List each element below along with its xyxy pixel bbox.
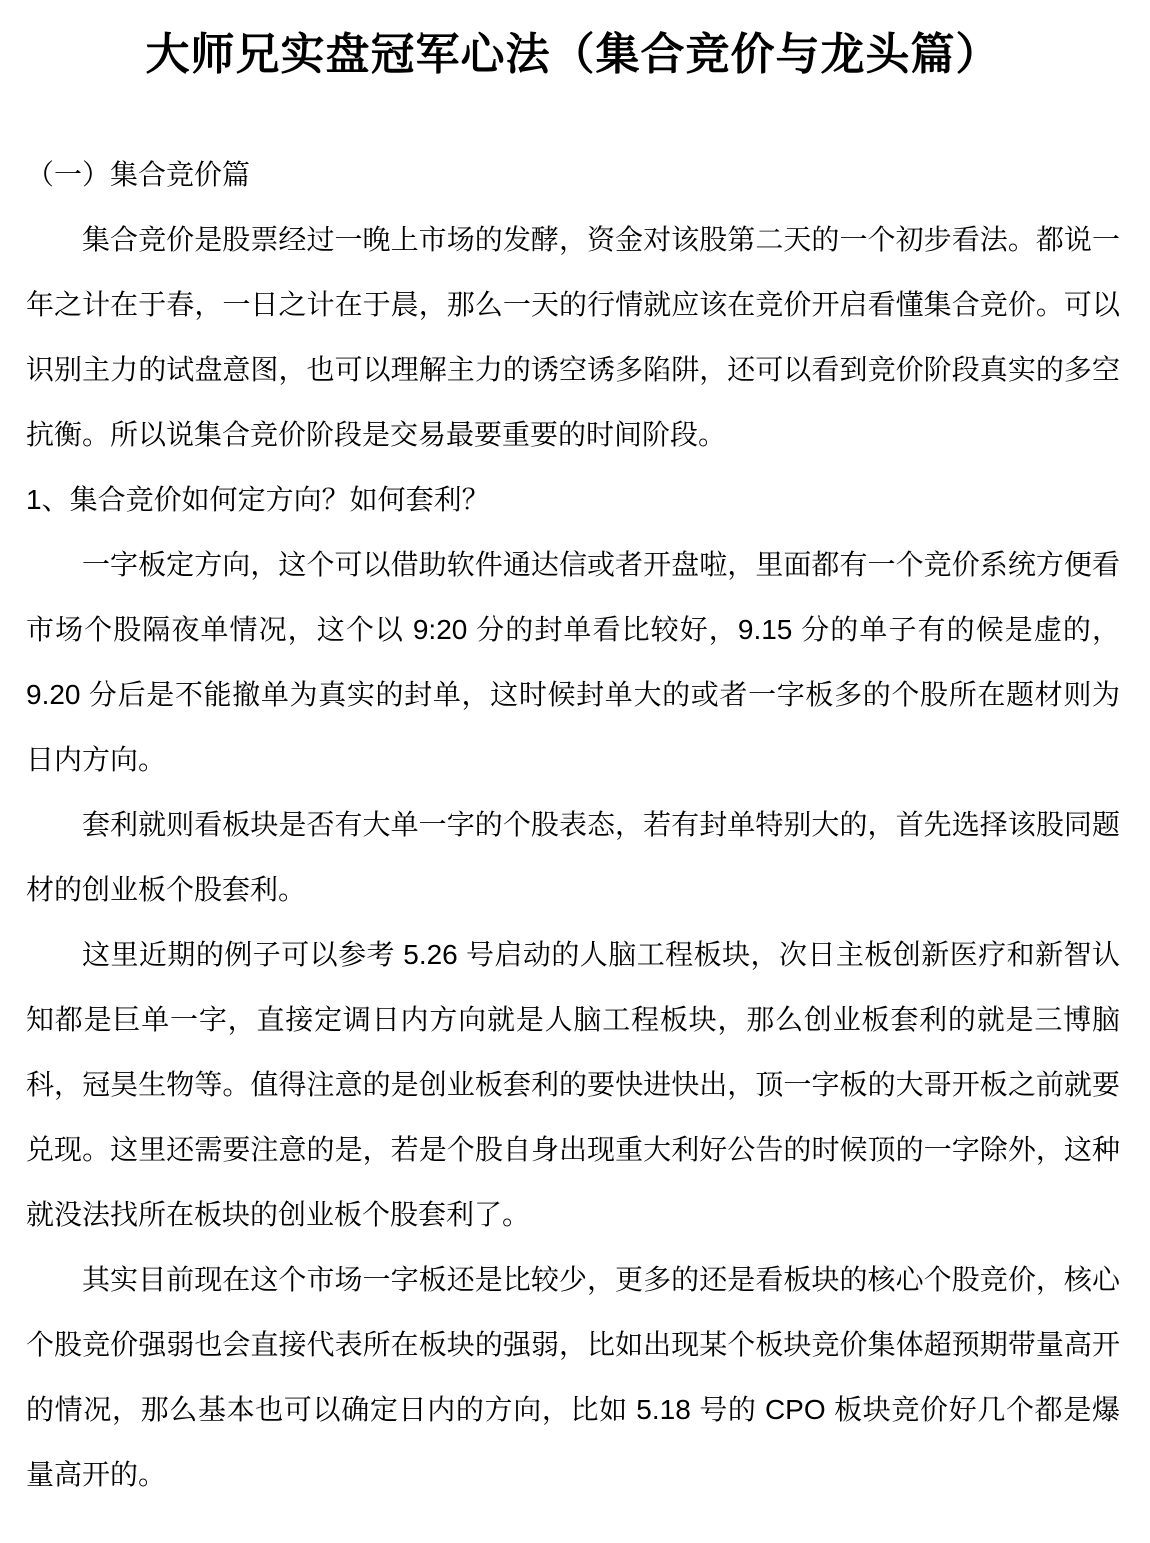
document-body: （一）集合竞价篇 集合竞价是股票经过一晚上市场的发酵，资金对该股第二天的一个初步… <box>26 142 1120 1507</box>
section-heading-call-auction: （一）集合竞价篇 <box>26 142 1120 207</box>
document-title: 大师兄实盘冠军心法（集合竞价与龙头篇） <box>26 25 1120 85</box>
paragraph-call-auction-intro: 集合竞价是股票经过一晚上市场的发酵，资金对该股第二天的一个初步看法。都说一年之计… <box>26 207 1120 467</box>
paragraph-arbitrage-sector: 套利就则看板块是否有大单一字的个股表态，若有封单特别大的，首先选择该股同题材的创… <box>26 792 1120 922</box>
document-page: 大师兄实盘冠军心法（集合竞价与龙头篇） （一）集合竞价篇 集合竞价是股票经过一晚… <box>0 0 1150 1543</box>
paragraph-example-brain-engineering: 这里近期的例子可以参考 5.26 号启动的人脑工程板块，次日主板创新医疗和新智认… <box>26 922 1120 1247</box>
section-heading-direction-arbitrage: 1、集合竞价如何定方向？如何套利？ <box>26 467 1120 532</box>
paragraph-core-stock-auction: 其实目前现在这个市场一字板还是比较少，更多的还是看板块的核心个股竞价，核心个股竞… <box>26 1247 1120 1507</box>
paragraph-one-word-board-direction: 一字板定方向，这个可以借助软件通达信或者开盘啦，里面都有一个竞价系统方便看市场个… <box>26 532 1120 792</box>
